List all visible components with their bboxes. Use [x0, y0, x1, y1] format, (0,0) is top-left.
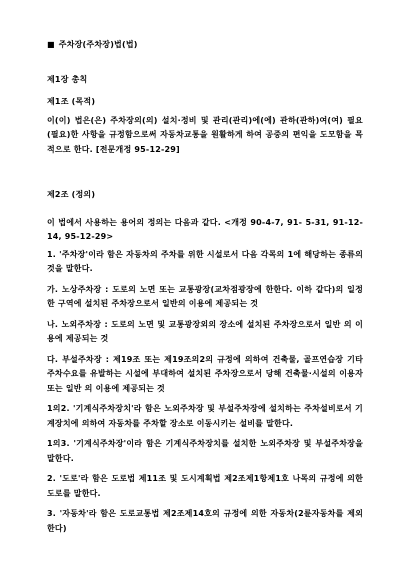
definition-item-1-da: 다. 부설주차장 : 제19조 또는 제19조의2의 규정에 의하여 건축물, …	[47, 353, 363, 397]
square-bullet-icon: ■	[47, 38, 55, 53]
definition-item-3: 3. '자동차'라 함은 도로교통법 제2조제14호의 규정에 의한 자동차(2…	[47, 507, 363, 536]
law-title: ■주차장(주차장)법(법)	[47, 38, 363, 53]
definition-item-1: 1. '주차장'이라 함은 자동차의 주차를 위한 시설로서 다음 각목의 1에…	[47, 248, 363, 277]
definition-item-2: 2. '도로'라 함은 도로법 제11조 및 도시계획법 제2조제1항제1호 나…	[47, 472, 363, 501]
article-1-body: 이(이) 법은(은) 주차장의(의) 설치·정비 및 관리(관리)에(에) 관하…	[47, 114, 363, 158]
law-title-text: 주차장(주차장)법(법)	[59, 40, 138, 49]
article-1-heading: 제1조 (목적)	[47, 95, 363, 110]
chapter-1-heading: 제1장 총칙	[47, 73, 363, 88]
definition-item-1-ga: 가. 노상주차장 : 도로의 노면 또는 교통광장(교차점광장에 한한다. 이하…	[47, 283, 363, 312]
article-2-intro: 이 법에서 사용하는 용어의 정의는 다음과 같다. <개정 90-4-7, 9…	[47, 216, 363, 245]
article-2-heading: 제2조 (정의)	[47, 188, 363, 203]
definition-item-1-na: 나. 노외주차장 : 도로의 노면 및 교통광장외의 장소에 설치된 주차장으로…	[47, 318, 363, 347]
definition-item-1-2: 1의2. '기계식주차장치'라 함은 노외주차장 및 부설주차장에 설치하는 주…	[47, 402, 363, 431]
document-page: ■주차장(주차장)법(법) 제1장 총칙 제1조 (목적) 이(이) 법은(은)…	[0, 0, 400, 565]
definition-item-1-3: 1의3. '기계식주차장'이라 함은 기계식주차장치를 설치한 노외주차장 및 …	[47, 437, 363, 466]
